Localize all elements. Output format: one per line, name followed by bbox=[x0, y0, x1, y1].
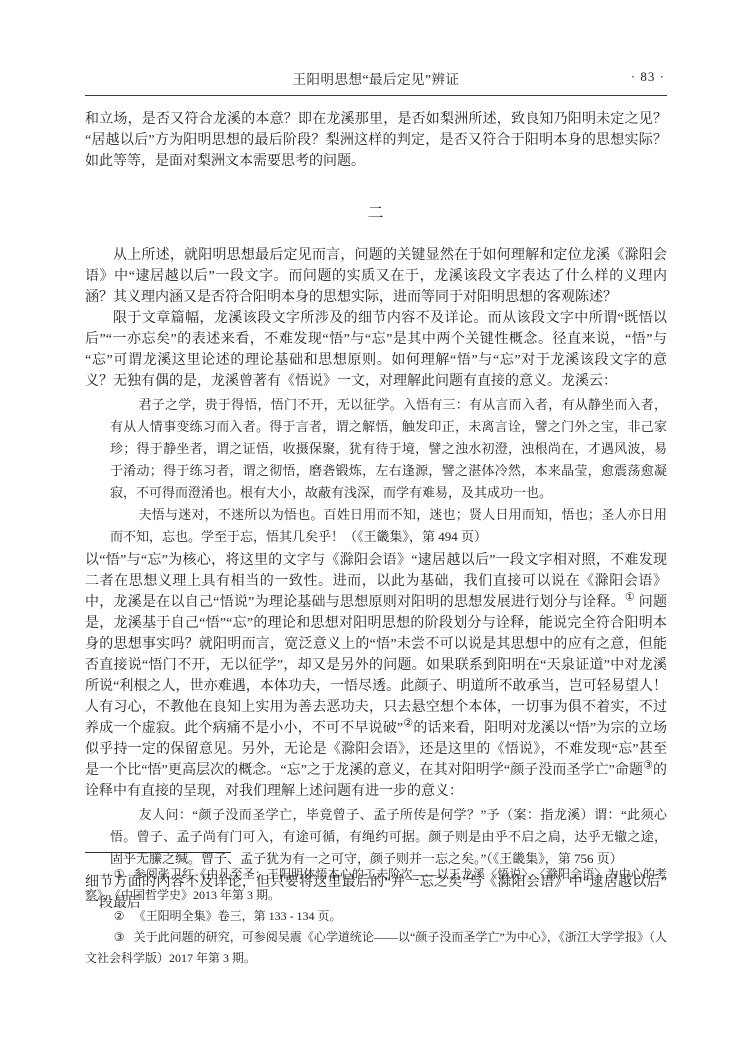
footnote-marker: ② bbox=[114, 909, 125, 923]
footnote-marker: ① bbox=[114, 867, 125, 881]
section-heading: 二 bbox=[85, 200, 667, 223]
quote-paragraph: 君子之学，贵于得悟，悟门不开，无以征学。入悟有三：有从言而入者，有从静坐而入者，… bbox=[110, 394, 667, 504]
article-body: 和立场，是否又符合龙溪的本意？即在龙溪那里，是否如梨洲所述，致良知乃阳明未定之见… bbox=[85, 109, 667, 914]
paragraph-text: 以“悟”与“忘”为核心，将这里的文字与《滁阳会语》“逮居越以后”一段文字相对照，… bbox=[85, 553, 667, 610]
footnote-3: ③关于此问题的研究，可参阅吴震《心学道统论——以“颜子没而圣学亡”为中心》，《浙… bbox=[85, 927, 667, 969]
paragraph-text: 问题是，龙溪基于自己“悟”“忘”的理论和思想对阳明思想的阶段划分与诠释，能说完全… bbox=[85, 595, 667, 736]
footnote-text: 《王阳明全集》卷三，第 133 - 134 页。 bbox=[134, 909, 342, 923]
footnote-ref-1: ① bbox=[625, 591, 635, 603]
footnote-1: ①参阅张卫红《由凡至圣：王阳明体悟本心的工夫阶次——以王龙溪〈悟说〉、〈滁阳会语… bbox=[85, 864, 667, 906]
paragraph: 以“悟”与“忘”为核心，将这里的文字与《滁阳会语》“逮居越以后”一段文字相对照，… bbox=[85, 550, 667, 802]
quote-paragraph: 夫悟与迷对，不迷所以为悟也。百姓日用而不知，迷也；贤人日用而知，悟也；圣人亦日用… bbox=[110, 504, 667, 548]
paragraph-continuation: 和立场，是否又符合龙溪的本意？即在龙溪那里，是否如梨洲所述，致良知乃阳明未定之见… bbox=[85, 109, 667, 172]
document-page: 王阳明思想“最后定见”辨证 · 83 · 和立场，是否又符合龙溪的本意？即在龙溪… bbox=[0, 0, 750, 1060]
footnote-text: 关于此问题的研究，可参阅吴震《心学道统论——以“颜子没而圣学亡”为中心》，《浙江… bbox=[85, 930, 667, 965]
footnotes-section: ①参阅张卫红《由凡至圣：王阳明体悟本心的工夫阶次——以王龙溪〈悟说〉、〈滁阳会语… bbox=[85, 852, 667, 969]
footnote-marker: ③ bbox=[114, 930, 125, 944]
block-quote-wushuo: 君子之学，贵于得悟，悟门不开，无以征学。入悟有三：有从言而入者，有从静坐而入者，… bbox=[110, 394, 667, 548]
paragraph: 限于文章篇幅，龙溪该段文字所涉及的细节内容不及详论。而从该段文字中所谓“既悟以后… bbox=[85, 308, 667, 392]
running-title: 王阳明思想“最后定见”辨证 bbox=[85, 68, 667, 88]
footnote-2: ②《王阳明全集》卷三，第 133 - 134 页。 bbox=[85, 906, 667, 927]
paragraph: 从上所述，就阳明思想最后定见而言，问题的关键显然在于如何理解和定位龙溪《滁阳会语… bbox=[85, 245, 667, 308]
footnote-ref-3: ③ bbox=[643, 759, 653, 771]
footnote-separator bbox=[85, 852, 231, 853]
footnote-text: 参阅张卫红《由凡至圣：王阳明体悟本心的工夫阶次——以王龙溪〈悟说〉、〈滁阳会语〉… bbox=[85, 867, 667, 902]
footnote-ref-2: ② bbox=[403, 717, 413, 729]
page-header: 王阳明思想“最后定见”辨证 · 83 · bbox=[85, 64, 667, 96]
page-number: · 83 · bbox=[631, 69, 665, 85]
